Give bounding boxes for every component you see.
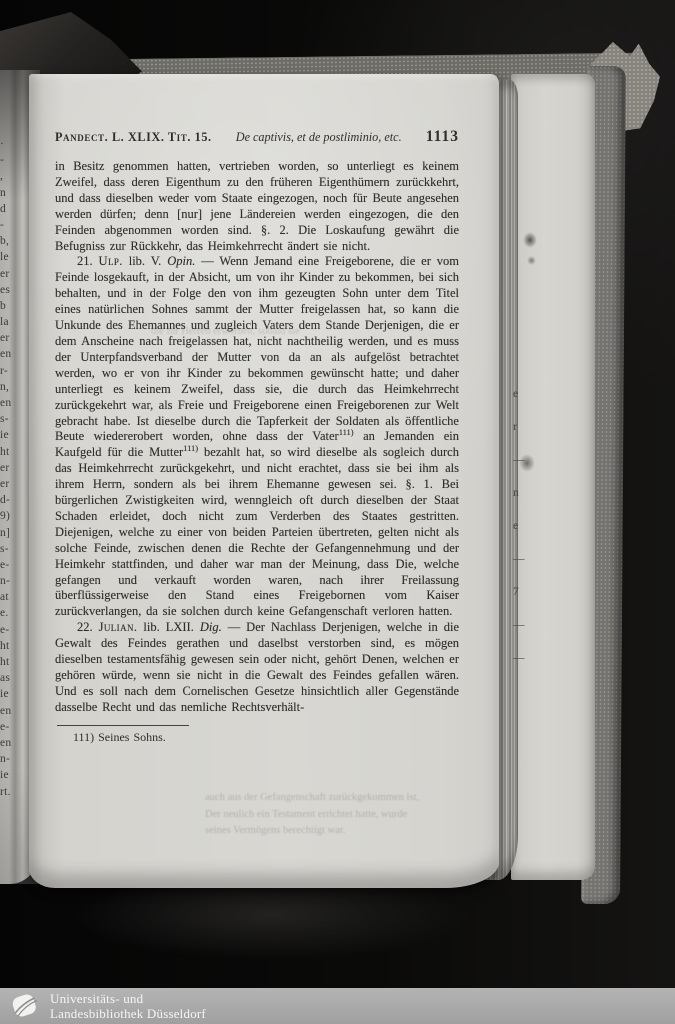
footnote: 111) Seines Sohns. [55,730,459,745]
page-number: 1113 [426,128,459,146]
text-fragment: n, [0,379,14,395]
ink-blot [527,256,536,265]
text-fragment: n [0,185,14,201]
book-page: Pandect. L. XLIX. Tit. 15. De captivis, … [29,74,499,888]
text-fragment: rt. [0,784,14,800]
library-name-line1: Universitäts- und [50,991,206,1007]
text-fragment: ht [0,638,14,654]
text-fragment: d- [0,492,14,508]
text-fragment: la [0,314,14,330]
text-fragment: er [0,476,14,492]
text-fragment: · [0,136,14,152]
text-fragment: n] [0,525,14,541]
library-name: Universitäts- und Landesbibliothek Düsse… [50,991,206,1022]
library-footer-bar: Universitäts- und Landesbibliothek Düsse… [0,988,675,1024]
text-fragment: — [513,553,527,586]
library-name-line2: Landesbibliothek Düsseldorf [50,1006,206,1022]
footnote-rule [57,725,189,726]
scan-background: ·-,nd-b,leeresblaerenr-n,ens-iehtererd-9… [0,0,675,1024]
ulb-duesseldorf-logo-icon [8,991,40,1021]
text-fragment: e- [0,719,14,735]
text-fragment: e [513,388,527,421]
text-fragment: n [513,487,527,520]
text-fragment: ie [0,686,14,702]
text-fragment: n- [0,751,14,767]
text-fragment: e- [0,622,14,638]
text-fragment: ie [0,767,14,783]
paragraph: 22. Julian. lib. LXII. Dig. — Der Nachla… [55,620,459,715]
text-fragment: , [0,168,14,184]
paragraph: 21. Ulp. lib. V. Opin. — Wenn Jemand ein… [55,254,459,620]
page-paragraphs: in Besitz genommen hatten, vertrieben wo… [55,159,459,716]
header-chapter-title: De captivis, et de postliminio, etc. [236,130,402,145]
text-fragment: as [0,670,14,686]
text-fragment: en [0,735,14,751]
text-fragment: b [0,298,14,314]
page-header: Pandect. L. XLIX. Tit. 15. De captivis, … [55,128,459,146]
text-fragment: r [513,421,527,454]
text-fragment: n- [0,573,14,589]
text-fragment: seines Vermögens berechtigt war. [205,823,505,840]
page-content: Pandect. L. XLIX. Tit. 15. De captivis, … [55,128,459,745]
text-fragment: e [513,520,527,553]
ink-blot [523,232,537,248]
footnote-label: 111) [73,730,94,744]
text-fragment: 9) [0,508,14,524]
text-fragment: — [513,454,527,487]
text-fragment: - [0,152,14,168]
text-fragment: er [0,266,14,282]
text-fragment: at [0,589,14,605]
header-title: Pandect. L. XLIX. Tit. 15. [55,130,212,145]
book-shadow [55,885,535,985]
text-fragment: — [513,619,527,652]
left-page-text-fragments: ·-,nd-b,leeresblaerenr-n,ens-iehtererd-9… [0,136,14,800]
text-fragment: er [0,330,14,346]
text-fragment: e- [0,557,14,573]
text-fragment: - [0,217,14,233]
text-fragment: b, [0,233,14,249]
text-fragment: ie [0,427,14,443]
text-fragment: s- [0,411,14,427]
text-fragment: ht [0,444,14,460]
text-fragment: ht [0,654,14,670]
text-fragment: s- [0,541,14,557]
text-fragment: auch aus der Gefangenschaft zurückgekomm… [205,790,505,807]
footnote-text: Seines Sohns. [98,730,166,744]
text-fragment: er [0,460,14,476]
text-fragment: Der neulich ein Testament errichtet hatt… [205,807,505,824]
text-fragment: en [0,395,14,411]
text-fragment: d [0,201,14,217]
text-fragment: en [0,346,14,362]
paragraph: in Besitz genommen hatten, vertrieben wo… [55,159,459,254]
text-fragment: — [513,652,527,685]
text-fragment: le [0,249,14,265]
right-page-text-fragments: er—ne—7—— [513,388,527,685]
text-fragment: en [0,703,14,719]
text-fragment: es [0,282,14,298]
bleedthrough-text-bottom: auch aus der Gefangenschaft zurückgekomm… [205,790,505,840]
text-fragment: r- [0,363,14,379]
text-fragment: e. [0,605,14,621]
text-fragment: 7 [513,586,527,619]
